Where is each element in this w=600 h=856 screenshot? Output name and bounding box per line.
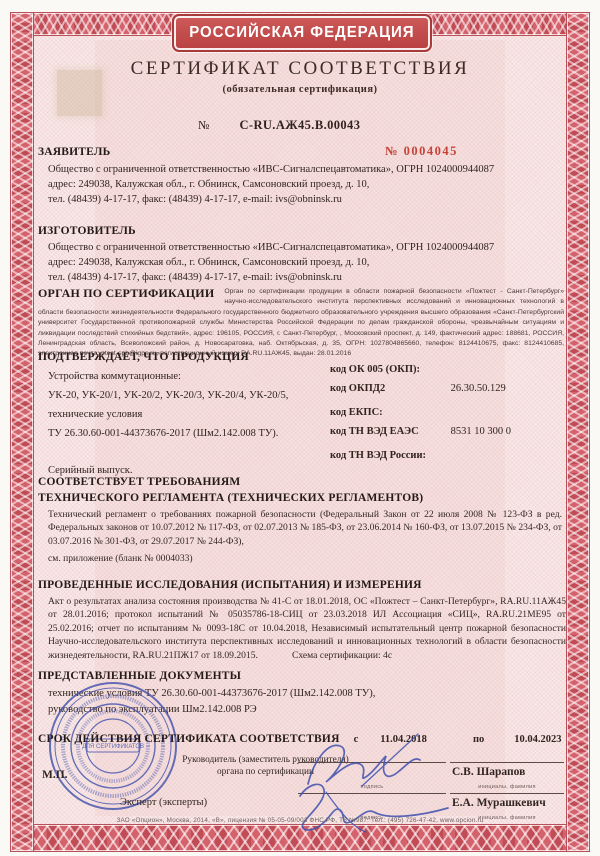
applicant-line: Общество с ограниченной ответственностью… xyxy=(48,162,560,177)
compliance-appendix: см. приложение (бланк № 0004033) xyxy=(48,552,193,565)
certification-body-block: ОРГАН ПО СЕРТИФИКАЦИИ Орган по сертифика… xyxy=(38,287,564,360)
hologram-square xyxy=(57,70,102,116)
research-block: Акт о результатах анализа состояния прои… xyxy=(48,595,566,662)
code-label: код ТН ВЭД ЕАЭС xyxy=(330,426,448,437)
certificate-number-value: C-RU.АЖ45.В.00043 xyxy=(239,118,360,133)
head-signature xyxy=(308,745,420,784)
blank-number: № 0004045 xyxy=(385,144,458,159)
product-line: УК-20, УК-20/1, УК-20/2, УК-20/3, УК-20/… xyxy=(48,386,328,405)
code-row: код ТН ВЭД ЕАЭС 8531 10 300 0 xyxy=(330,426,565,442)
code-row: код ОКПД2 26.30.50.129 xyxy=(330,383,565,399)
border-right xyxy=(566,12,590,852)
applicant-block: Общество с ограниченной ответственностью… xyxy=(48,162,560,207)
border-left xyxy=(10,12,34,852)
compliance-text: Технический регламент о требованиях пожа… xyxy=(48,508,562,548)
manufacturer-line: адрес: 249038, Калужская обл., г. Обнинс… xyxy=(48,255,560,270)
product-line: Устройства коммутационные: xyxy=(48,367,328,386)
code-label: код ЕКПС: xyxy=(330,407,448,418)
code-value: 8531 10 300 0 xyxy=(451,426,511,437)
code-row: код ТН ВЭД России: xyxy=(330,450,565,466)
expert-role: Эксперт (эксперты) xyxy=(120,797,207,808)
manufacturer-block: Общество с ограниченной ответственностью… xyxy=(48,240,560,285)
research-heading: ПРОВЕДЕННЫЕ ИССЛЕДОВАНИЯ (ИСПЫТАНИЯ) И И… xyxy=(38,579,422,591)
round-stamp: ДЛЯ СЕРТИФИКАТОВ xyxy=(43,676,183,816)
code-row: код ОК 005 (ОКП): xyxy=(330,364,565,380)
manufacturer-line: тел. (48439) 4-17-17, факс: (48439) 4-17… xyxy=(48,270,560,285)
certificate-number-label: № xyxy=(198,118,209,133)
certification-scheme: Схема сертификации: 4с xyxy=(292,650,392,661)
handwritten-signatures xyxy=(270,722,490,842)
applicant-line: тел. (48439) 4-17-17, факс: (48439) 4-17… xyxy=(48,192,560,207)
product-description: Устройства коммутационные: УК-20, УК-20/… xyxy=(48,367,328,480)
product-codes: код ОК 005 (ОКП): код ОКПД2 26.30.50.129… xyxy=(330,364,565,469)
country-badge-label: РОССИЙСКАЯ ФЕДЕРАЦИЯ xyxy=(189,24,414,42)
manufacturer-line: Общество с ограниченной ответственностью… xyxy=(48,240,560,255)
certification-body-heading: ОРГАН ПО СЕРТИФИКАЦИИ xyxy=(38,287,214,300)
product-line: ТУ 26.30.60-001-44373676-2017 (Шм2.142.0… xyxy=(48,424,328,443)
product-line: технические условия xyxy=(48,405,328,424)
certificate-page: РОССИЙСКАЯ ФЕДЕРАЦИЯ СЕРТИФИКАТ СООТВЕТС… xyxy=(0,0,600,856)
certificate-number-row: № C-RU.АЖ45.В.00043 xyxy=(198,118,360,133)
product-heading: ПОДТВЕРЖДАЕТ, ЧТО ПРОДУКЦИЯ xyxy=(38,351,249,363)
printer-imprint: ЗАО «Опцион», Москва, 2014, «В», лицензи… xyxy=(0,817,600,824)
country-badge: РОССИЙСКАЯ ФЕДЕРАЦИЯ xyxy=(172,14,432,52)
applicant-line: адрес: 249038, Калужская обл., г. Обнинс… xyxy=(48,177,560,192)
head-signature-stroke xyxy=(362,734,418,786)
code-value: 26.30.50.129 xyxy=(451,383,506,394)
compliance-heading-2: ТЕХНИЧЕСКОГО РЕГЛАМЕНТА (ТЕХНИЧЕСКИХ РЕГ… xyxy=(38,492,423,504)
code-label: код ОКПД2 xyxy=(330,383,448,394)
code-row: код ЕКПС: xyxy=(330,407,565,423)
manufacturer-heading: ИЗГОТОВИТЕЛЬ xyxy=(38,225,136,237)
applicant-heading: ЗАЯВИТЕЛЬ xyxy=(38,146,110,158)
validity-to-date: 10.04.2023 xyxy=(514,734,561,745)
compliance-heading-1: СООТВЕТСТВУЕТ ТРЕБОВАНИЯМ xyxy=(38,476,240,488)
stamp-place-mark: М.П. xyxy=(42,769,68,781)
code-label: код ОК 005 (ОКП): xyxy=(330,364,448,375)
code-label: код ТН ВЭД России: xyxy=(330,450,448,461)
